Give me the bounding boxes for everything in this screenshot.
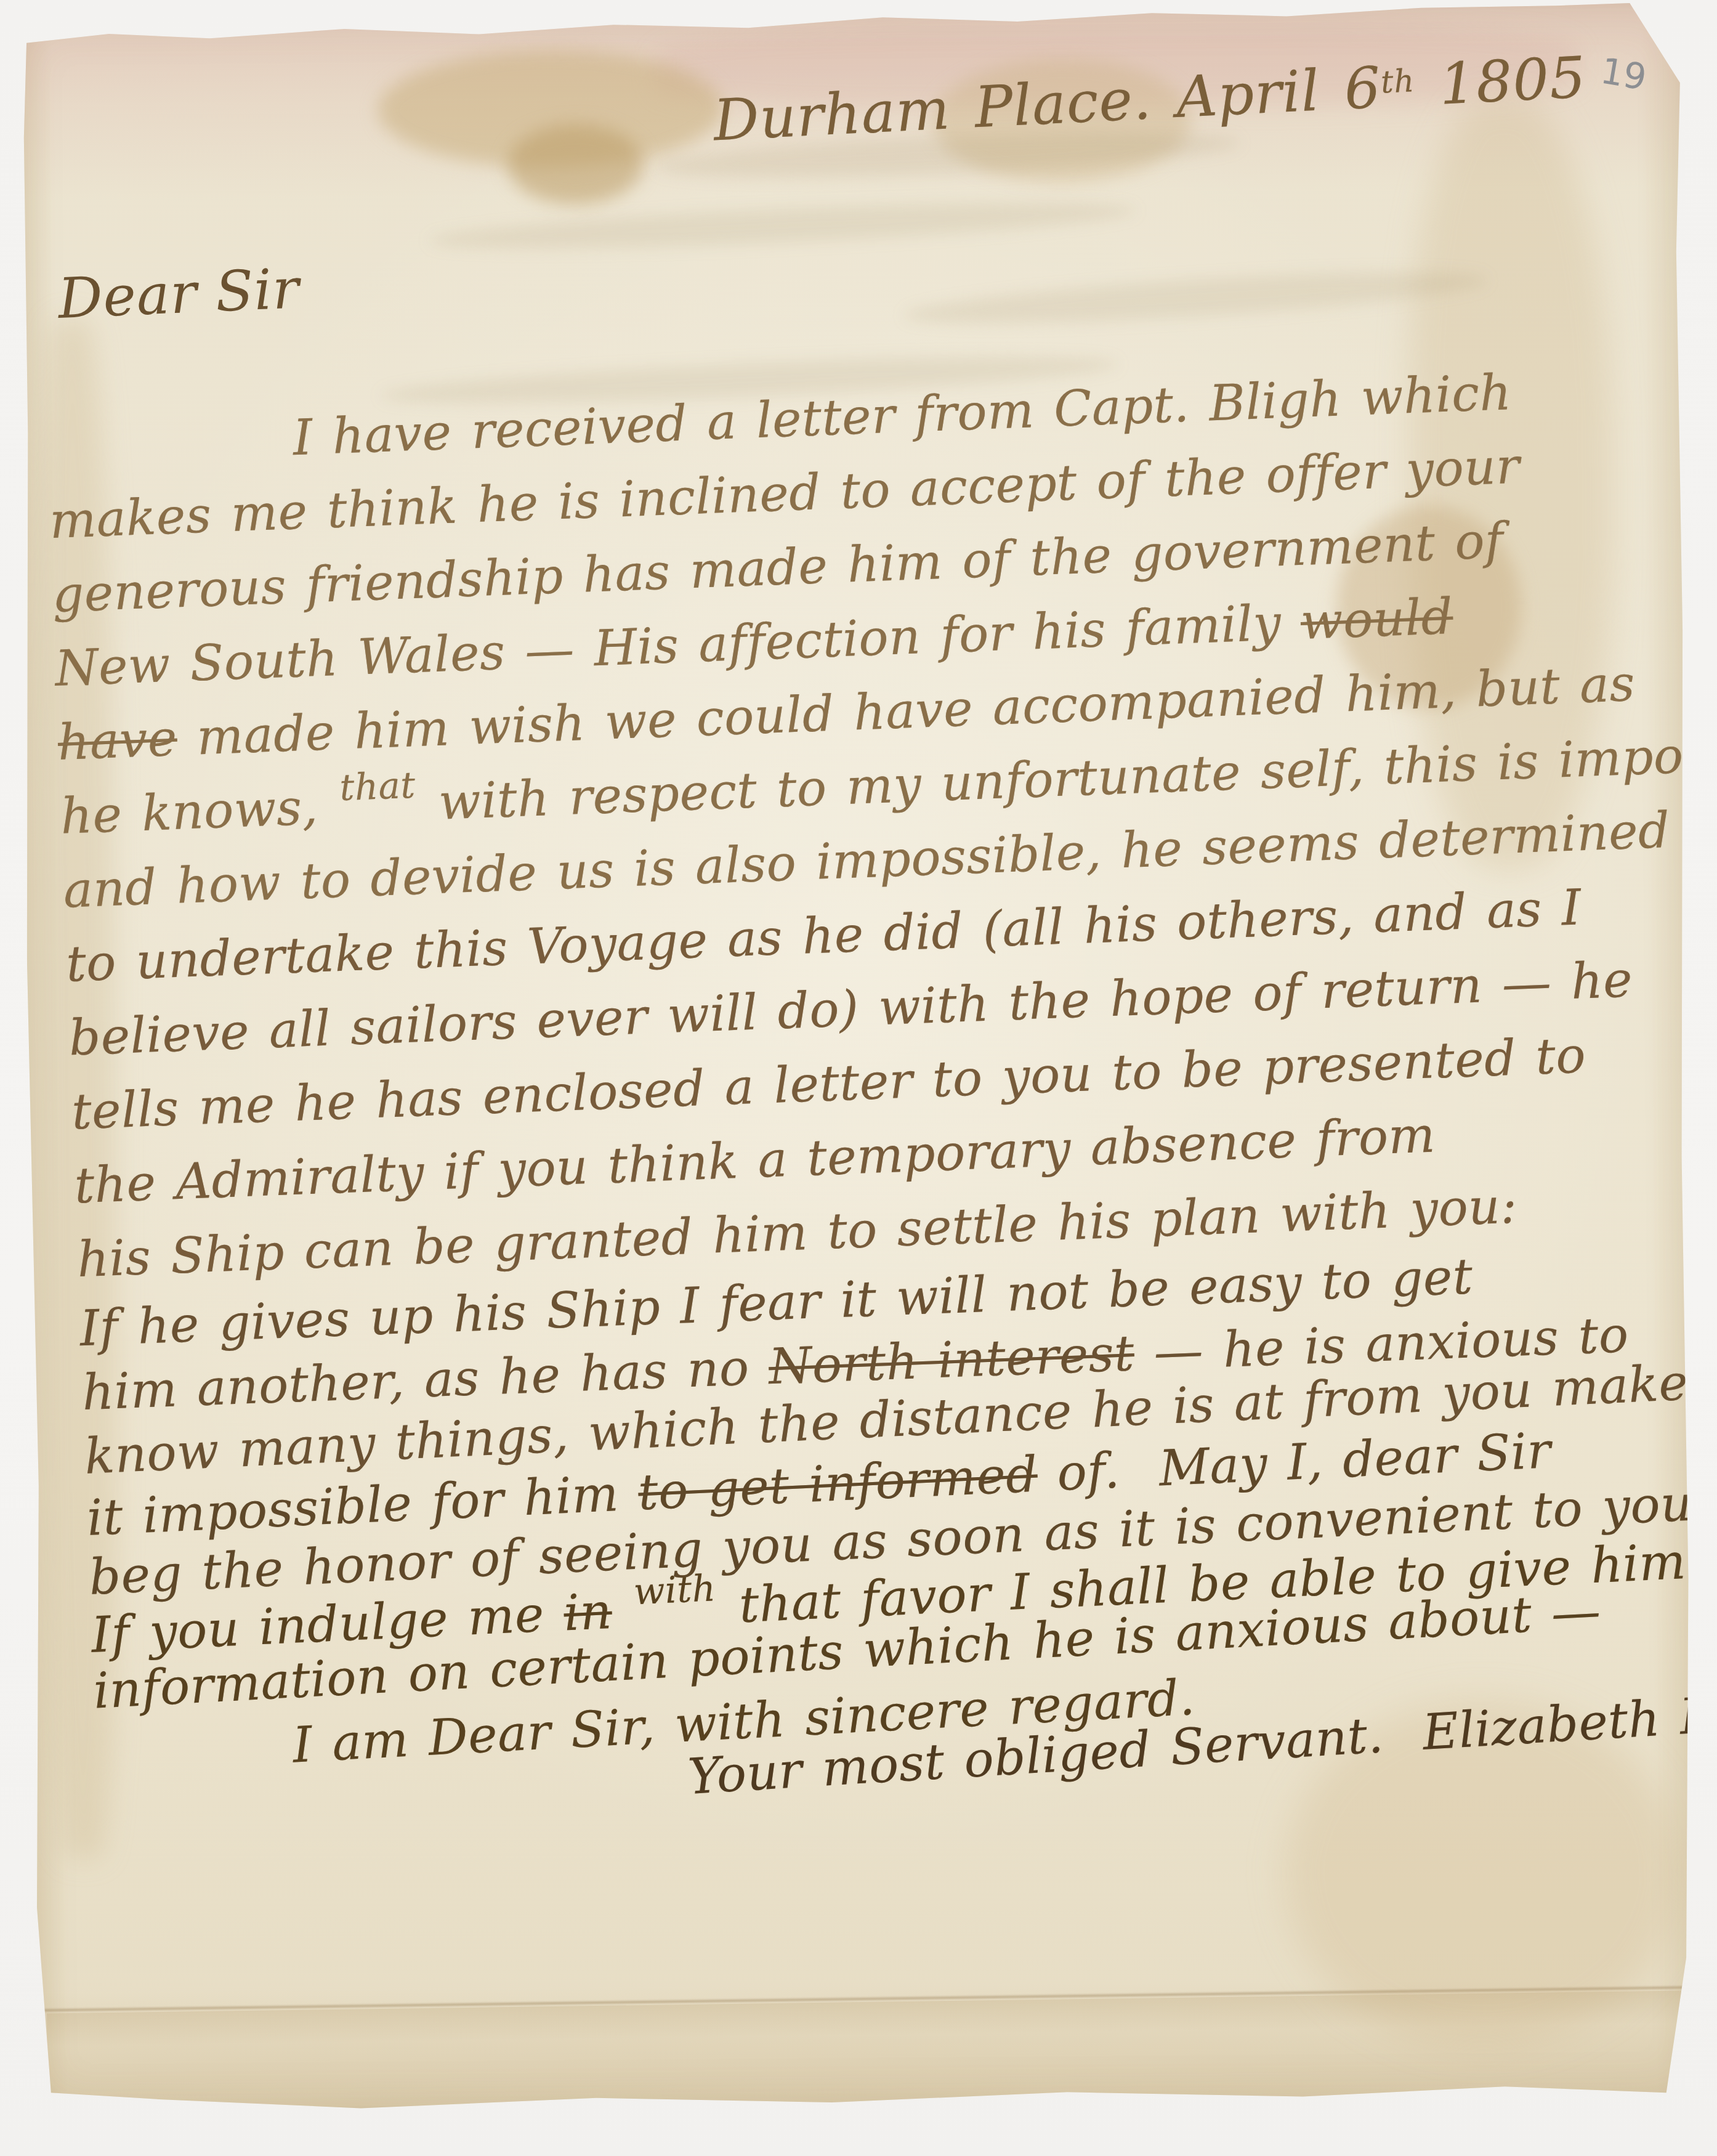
ink-showthrough — [902, 262, 1489, 334]
dateline-block: Durham Place. April 6th 1805 — [711, 35, 1588, 163]
top-center-stain — [378, 49, 723, 169]
ink-showthrough — [428, 193, 1137, 257]
salutation: Dear Sir — [57, 256, 301, 331]
dateline: Durham Place. April 6th 1805 — [711, 35, 1588, 163]
top-center-stain-dark — [507, 124, 644, 205]
paper-sheet: 19 Durham Place. April 6th 1805 Dear Sir… — [8, 0, 1707, 2118]
pencil-folio-number: 19 — [1598, 50, 1650, 99]
letter-body: I have received a letter from Capt. Blig… — [46, 349, 1717, 1841]
scanned-letter-page: { "colors": { "ink": "#6f5735", "paper":… — [0, 0, 1717, 2156]
